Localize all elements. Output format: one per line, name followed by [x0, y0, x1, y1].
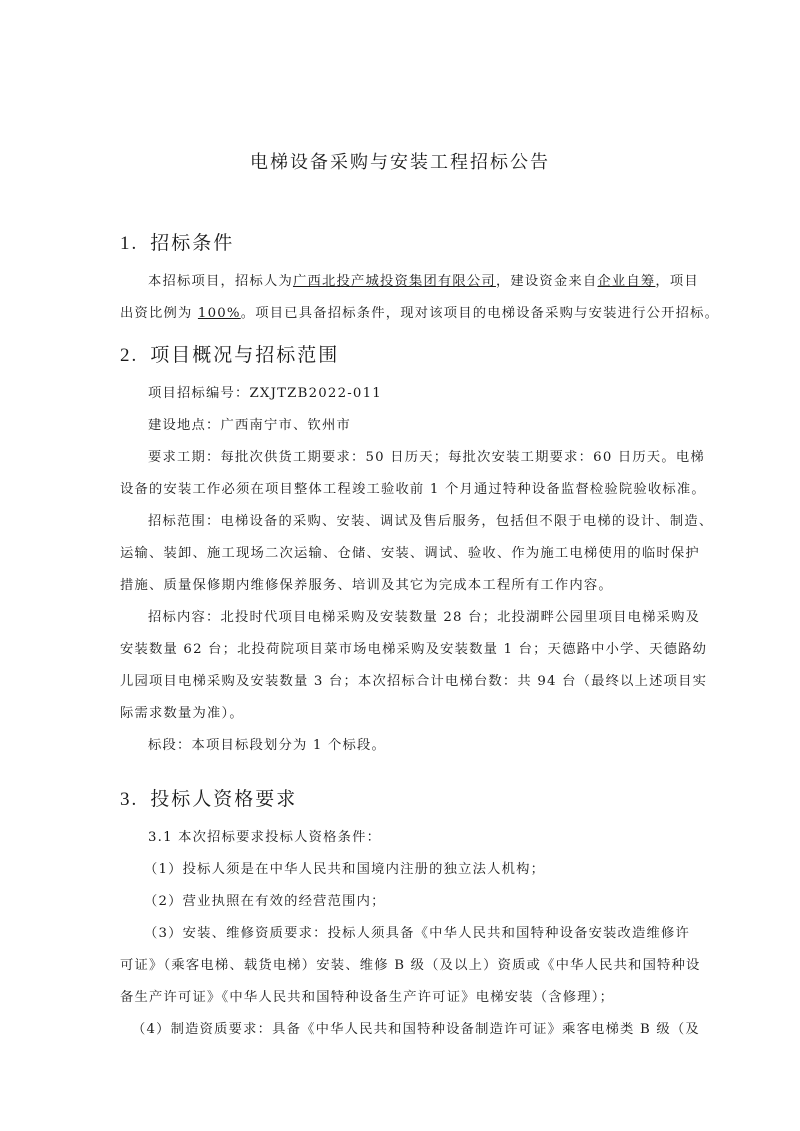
funding-ratio: 100%: [198, 306, 241, 321]
text: 。项目已具备招标条件，现对该项目的电梯设备采购与安装进行公开招标。: [241, 306, 719, 321]
paragraph-line: （1）投标人须是在中华人民共和国境内注册的独立法人机构；: [144, 858, 704, 877]
paragraph-line: 3.1 本次招标要求投标人资格条件：: [148, 826, 708, 845]
paragraph-line: 可证》（乘客电梯、载货电梯）安装、维修 B 级（及以上）资质或《中华人民共和国特…: [120, 954, 680, 973]
text: ，项目: [655, 274, 699, 289]
funding-source: 企业自筹: [597, 274, 655, 289]
paragraph-line: 招标内容：北投时代项目电梯采购及安装数量 28 台；北投湖畔公园里项目电梯采购及: [148, 606, 708, 625]
text: 本招标项目，招标人为: [148, 274, 293, 289]
paragraph-line: 儿园项目电梯采购及安装数量 3 台；本次招标合计电梯台数：共 94 台（最终以上…: [120, 670, 680, 689]
paragraph-line: 项目招标编号：ZXJTZB2022-011: [148, 382, 708, 401]
text: 出资比例为: [120, 306, 198, 321]
paragraph-line: 安装数量 62 台；北投荷院项目菜市场电梯采购及安装数量 1 台；天德路中小学、…: [120, 638, 680, 657]
paragraph-line: 出资比例为 100%。项目已具备招标条件，现对该项目的电梯设备采购与安装进行公开…: [120, 302, 680, 321]
paragraph-line: 建设地点：广西南宁市、钦州市: [148, 414, 708, 433]
paragraph-line: （2）营业执照在有效的经营范围内；: [144, 890, 704, 909]
document-title: 电梯设备采购与安装工程招标公告: [0, 148, 800, 174]
paragraph-line: 本招标项目，招标人为广西北投产城投资集团有限公司，建设资金来自企业自筹，项目: [148, 270, 708, 289]
paragraph-line: 要求工期：每批次供货工期要求：50 日历天；每批次安装工期要求：60 日历天。电…: [148, 446, 708, 465]
paragraph-line: （3）安装、维修资质要求：投标人须具备《中华人民共和国特种设备安装改造维修许: [144, 922, 704, 941]
section-number: 1.: [120, 233, 138, 254]
section-title: 招标条件: [150, 232, 234, 254]
paragraph-line: 际需求数量为准）。: [120, 702, 680, 721]
section-title: 投标人资格要求: [150, 788, 297, 810]
paragraph-line: （4）制造资质要求：具备《中华人民共和国特种设备制造许可证》乘客电梯类 B 级（…: [132, 1018, 692, 1037]
paragraph-line: 运输、装卸、施工现场二次运输、仓储、安装、调试、验收、作为施工电梯使用的临时保护: [120, 542, 680, 561]
paragraph-line: 设备的安装工作必须在项目整体工程竣工验收前 1 个月通过特种设备监督检验院验收标…: [120, 478, 680, 497]
paragraph-line: 标段：本项目标段划分为 1 个标段。: [148, 734, 708, 753]
paragraph-line: 措施、质量保修期内维修保养服务、培训及其它为完成本工程所有工作内容。: [120, 574, 680, 593]
paragraph-line: 备生产许可证》《中华人民共和国特种设备生产许可证》电梯安装（含修理）；: [120, 986, 680, 1005]
section-2-heading: 2.项目概况与招标范围: [120, 340, 339, 367]
section-1-heading: 1.招标条件: [120, 228, 234, 255]
section-3-heading: 3.投标人资格要求: [120, 784, 297, 811]
text: ，建设资金来自: [496, 274, 597, 289]
section-number: 2.: [120, 345, 138, 366]
tenderer-name: 广西北投产城投资集团有限公司: [293, 274, 496, 289]
section-title: 项目概况与招标范围: [150, 344, 339, 366]
paragraph-line: 招标范围：电梯设备的采购、安装、调试及售后服务，包括但不限于电梯的设计、制造、: [148, 510, 708, 529]
section-number: 3.: [120, 789, 138, 810]
